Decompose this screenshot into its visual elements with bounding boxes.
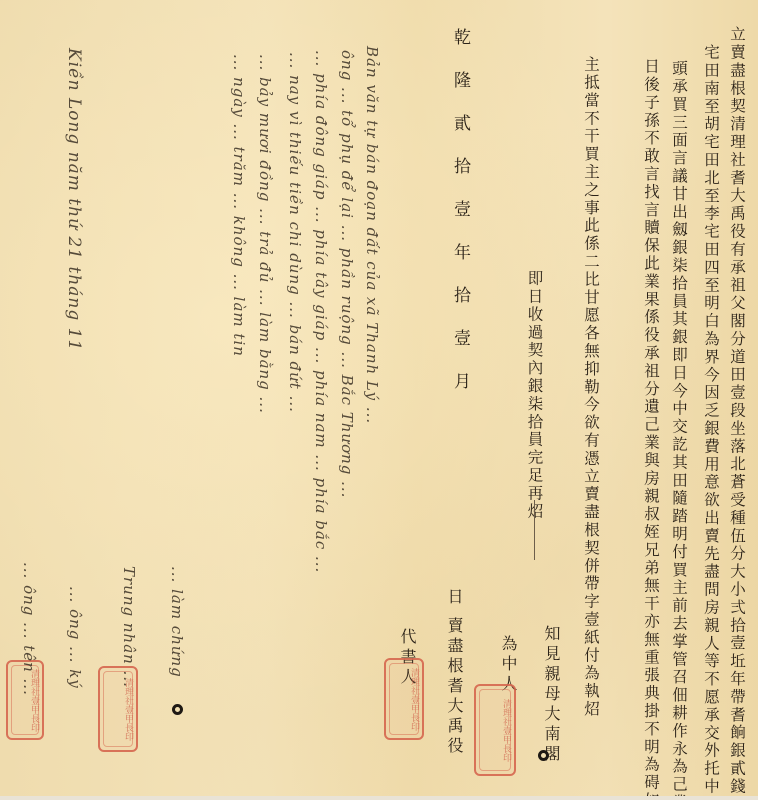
quocngu-line-5: ... bảy mươi đồng ... trả đủ ... làm bằn… bbox=[256, 54, 274, 614]
seller-signature: 日 賣盡根耆大禹役 bbox=[443, 588, 466, 778]
quocngu-middleman-line: Trung nhân ... bbox=[120, 566, 138, 736]
deed-body-column-2: 宅田南至胡宅田北至李宅田四至明白為界今因乏銀費用意欲出賣先盡問房親人等不愿承交外… bbox=[703, 44, 719, 704]
quocngu-date-line: Kiền Long năm thứ 21 tháng 11 bbox=[64, 48, 84, 368]
land-deed-document: 立賣盡根契清理社耆大禹役有承祖父閣分道田壹段坐落北蒼受種伍分大小弍拾壹坵年帶耆餉… bbox=[0, 0, 758, 800]
receipt-tail-stroke bbox=[534, 500, 535, 560]
middleman-seal: 清理社壹甲長印 bbox=[474, 684, 516, 776]
quocngu-line-4: ... nay vì thiếu tiền chi dùng ... bán đ… bbox=[286, 52, 304, 612]
quocngu-line-1: Bản văn tự bán đoạn đất của xã Thanh Lý … bbox=[363, 46, 381, 606]
deed-date-column: 乾隆貳拾壹年拾壹月 bbox=[448, 28, 473, 408]
deed-body-column-1: 立賣盡根契清理社耆大禹役有承祖父閣分道田壹段坐落北蒼受種伍分大小弍拾壹坵年帶耆餉… bbox=[729, 26, 745, 686]
quocngu-line-3: ... phía đông giáp ... phía tây giáp ...… bbox=[312, 50, 330, 610]
quocngu-line-6: ... ngày ... trăm ... không ... làm tin bbox=[230, 54, 248, 614]
quocngu-seller-line: ... ông ... tên ... bbox=[20, 562, 38, 672]
receipt-column: 即日收過契內銀柒拾員完足再炤 bbox=[526, 270, 542, 530]
witness-mark bbox=[538, 750, 549, 761]
scan-bottom-edge bbox=[0, 796, 758, 800]
scribe-seal: 清理社壹甲長印 bbox=[384, 658, 424, 740]
deed-body-column-4: 日後子孫不敢言找言贖保此業果係役承祖分遺己業與房親叔姪兄弟無干亦無重張典掛不明為… bbox=[643, 58, 659, 718]
deed-body-column-5: 主抵當不干買主之事此係二比甘愿各無抑勒今欲有憑立賣盡根契併帶字壹紙付為執炤 bbox=[583, 56, 599, 576]
quocngu-line-2: ông ... tổ phụ để lại ... phần ruộng ...… bbox=[338, 50, 356, 610]
quocngu-witness-mark bbox=[172, 704, 183, 715]
deed-body-column-3: 頭承買三面言議甘出劔銀柒拾員其銀即日今中交訖其田隨踏明付買主前去掌管召佃耕作永為… bbox=[671, 60, 687, 720]
quocngu-scribe-line: ... ông ... ký bbox=[66, 586, 84, 766]
